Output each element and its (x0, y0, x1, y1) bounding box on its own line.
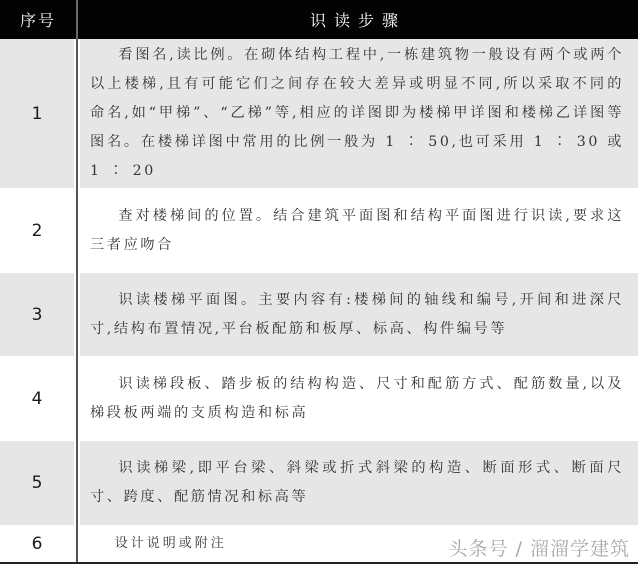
row-text: 设计说明或附注 (90, 529, 227, 558)
table-header: 序号 识读步骤 (0, 0, 638, 39)
row-index: 1 (0, 39, 74, 188)
column-divider (76, 273, 78, 356)
table-row: 5 识读梯梁,即平台梁、斜梁或折式斜梁的构造、断面形式、断面尺寸、跨度、配筋情况… (0, 441, 638, 525)
header-index: 序号 (0, 0, 76, 39)
column-divider (76, 39, 78, 188)
row-index: 6 (0, 525, 74, 562)
table-row: 2 查对楼梯间的位置。结合建筑平面图和结构平面图进行识读,要求这三者应吻合 (0, 188, 638, 273)
row-text-cell: 查对楼梯间的位置。结合建筑平面图和结构平面图进行识读,要求这三者应吻合 (80, 188, 638, 273)
watermark: 头条号 / 溜溜学建筑 (449, 534, 630, 561)
row-text-cell: 识读楼梯平面图。主要内容有:楼梯间的轴线和编号,开间和进深尺寸,结构布置情况,平… (80, 273, 638, 356)
table-row: 3 识读楼梯平面图。主要内容有:楼梯间的轴线和编号,开间和进深尺寸,结构布置情况… (0, 273, 638, 356)
row-index: 5 (0, 441, 74, 525)
row-text-cell: 看图名,读比例。在砌体结构工程中,一栋建筑物一般设有两个或两个以上楼梯,且有可能… (80, 39, 638, 188)
column-divider (76, 188, 78, 273)
row-text: 看图名,读比例。在砌体结构工程中,一栋建筑物一般设有两个或两个以上楼梯,且有可能… (90, 41, 624, 186)
header-steps: 识读步骤 (78, 0, 638, 39)
row-index: 4 (0, 356, 74, 441)
row-text: 识读梯段板、踏步板的结构构造、尺寸和配筋方式、配筋数量,以及梯段板两端的支质构造… (90, 370, 624, 428)
row-text-cell: 识读梯段板、踏步板的结构构造、尺寸和配筋方式、配筋数量,以及梯段板两端的支质构造… (80, 356, 638, 441)
row-text: 查对楼梯间的位置。结合建筑平面图和结构平面图进行识读,要求这三者应吻合 (90, 202, 624, 260)
row-text-cell: 识读梯梁,即平台梁、斜梁或折式斜梁的构造、断面形式、断面尺寸、跨度、配筋情况和标… (80, 441, 638, 525)
column-divider (76, 441, 78, 525)
table-row: 4 识读梯段板、踏步板的结构构造、尺寸和配筋方式、配筋数量,以及梯段板两端的支质… (0, 356, 638, 441)
row-text: 识读梯梁,即平台梁、斜梁或折式斜梁的构造、断面形式、断面尺寸、跨度、配筋情况和标… (90, 454, 624, 512)
column-divider (76, 356, 78, 441)
column-divider (76, 525, 78, 562)
table-bottom-rule (0, 562, 638, 564)
row-text: 识读楼梯平面图。主要内容有:楼梯间的轴线和编号,开间和进深尺寸,结构布置情况,平… (90, 286, 624, 344)
row-index: 3 (0, 273, 74, 356)
table-row: 1 看图名,读比例。在砌体结构工程中,一栋建筑物一般设有两个或两个以上楼梯,且有… (0, 39, 638, 188)
row-index: 2 (0, 188, 74, 273)
